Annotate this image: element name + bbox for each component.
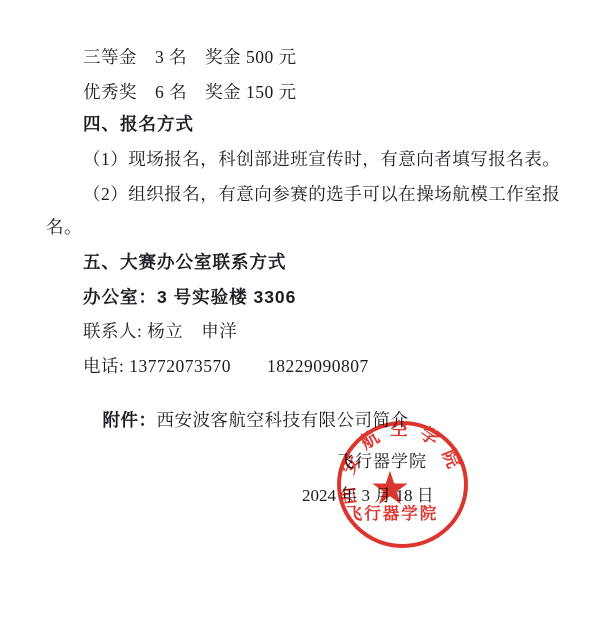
registration-method-2: （2）组织报名，有意向参赛的选手可以在操场航模工作室报: [83, 185, 560, 204]
stamp-center-text: 飞行器学院: [346, 503, 439, 523]
section-4-heading: 四、报名方式: [83, 115, 194, 134]
registration-method-2-continuation: 名。: [46, 218, 82, 237]
document-page: 三等金 3 名 奖金 500 元 优秀奖 6 名 奖金 150 元 四、报名方式…: [0, 0, 596, 621]
prize-line-third: 三等金 3 名 奖金 500 元: [83, 48, 297, 67]
registration-method-1: （1）现场报名，科创部进班宣传时，有意向者填写报名表。: [83, 150, 560, 169]
contact-person-line: 联系人: 杨立 申洋: [83, 322, 237, 341]
office-address-line: 办公室：3 号实验楼 3306: [83, 288, 296, 307]
official-stamp: 西安航空学院 ★ 飞行器学院: [336, 411, 486, 561]
attachment-label: 附件：: [103, 410, 157, 430]
prize-line-excellence: 优秀奖 6 名 奖金 150 元: [83, 83, 297, 102]
phone-line: 电话: 13772073570 18229090807: [83, 357, 369, 376]
section-5-heading: 五、大赛办公室联系方式: [83, 253, 287, 272]
